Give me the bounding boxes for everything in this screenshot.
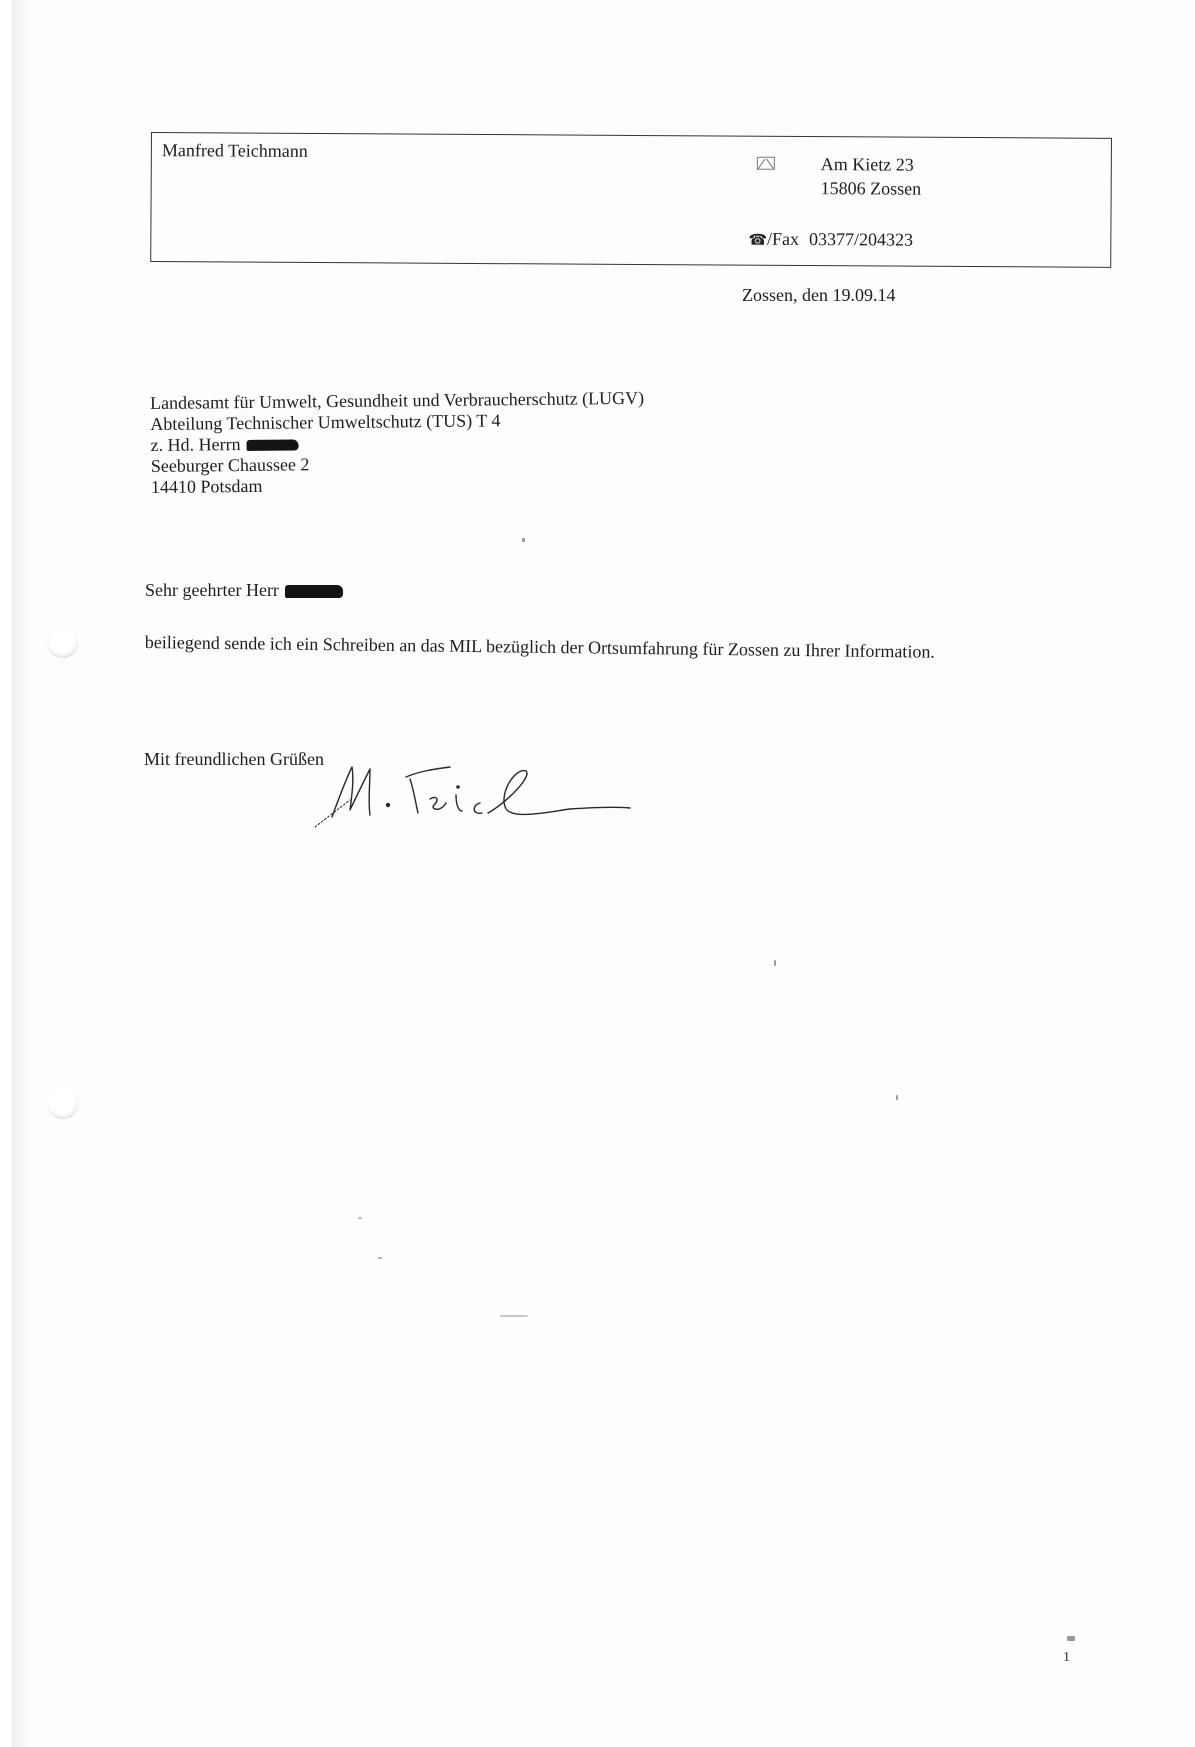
phone-row: ☎/Fax 03377/204323 [748,227,921,254]
sender-contact: Am Kietz 23 15806 Zossen ☎/Fax 03377/204… [748,152,921,254]
envelope-icon [757,157,775,170]
phone-label: /Fax [767,229,799,249]
sender-name: Manfred Teichmann [162,140,308,162]
recipient-address: Landesamt für Umwelt, Gesundheit und Ver… [150,388,645,498]
redacted-name [285,585,343,598]
handwritten-signature [310,755,710,835]
punch-hole [48,1088,78,1118]
letter-date: Zossen, den 19.09.14 [742,285,895,306]
telephone-icon: ☎ [748,233,767,249]
redacted-name [247,440,299,452]
scan-speck [358,1217,362,1219]
sender-city: 15806 Zossen [821,176,922,201]
attention-label: z. Hd. Herrn [150,434,240,455]
sender-street: Am Kietz 23 [821,152,922,177]
phone-number: 03377/204323 [809,227,913,252]
salutation: Sehr geehrter Herr [145,580,343,601]
closing: Mit freundlichen Grüßen [144,749,324,770]
scan-speck [378,1257,382,1259]
letterhead-box: Manfred Teichmann Am Kietz 23 15806 Zoss… [150,132,1112,268]
address-row: Am Kietz 23 15806 Zossen [749,152,922,201]
scan-speck [500,1315,528,1317]
scan-speck [774,960,776,966]
punch-hole [48,627,78,657]
page-edge-shadow [12,0,26,1747]
salutation-text: Sehr geehrter Herr [145,580,279,600]
scan-speck [1067,1636,1075,1641]
page-number: 1 [1063,1650,1070,1666]
scan-speck [896,1095,898,1100]
scan-speck [522,538,525,542]
